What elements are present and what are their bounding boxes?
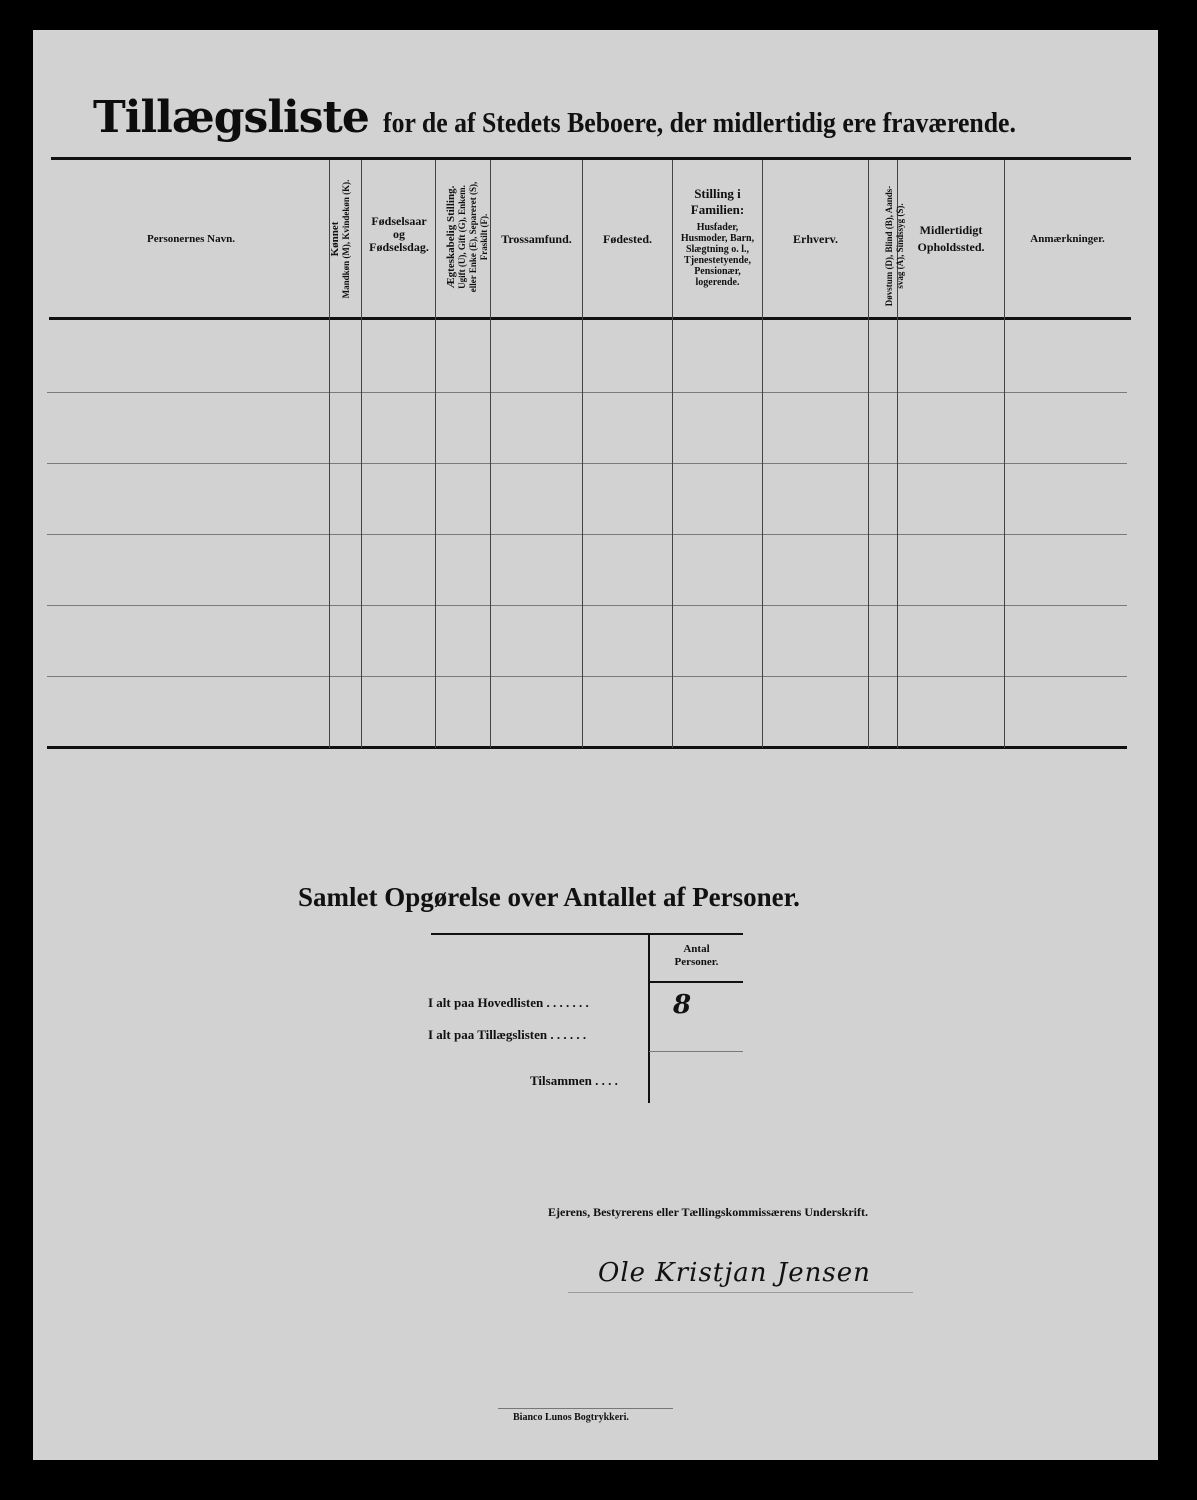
signature-handwritten: Ole Kristjan Jensen xyxy=(598,1258,871,1288)
header-foedested: Fødested. xyxy=(583,233,672,246)
header-koennet-title: Kønnet xyxy=(330,177,341,301)
header-ophold-line1: Midlertidigt xyxy=(898,222,1004,239)
header-koennet-detail: Mandkøn (M), Kvindekøn (K). xyxy=(341,177,352,301)
summary-title: Samlet Opgørelse over Antallet af Person… xyxy=(298,882,800,913)
summary-value-hovedlisten: 8 xyxy=(673,990,691,1020)
summary-count-header-line1: Antal xyxy=(650,943,743,956)
table-bottom-rule xyxy=(47,746,1127,749)
column-divider xyxy=(868,160,869,748)
row-divider xyxy=(47,534,1127,535)
table-top-rule xyxy=(51,157,1131,160)
column-divider xyxy=(582,160,583,748)
header-stilling-detail: Husfader, Husmoder, Barn, Slægtning o. l… xyxy=(673,222,762,288)
signature-caption: Ejerens, Bestyrerens eller Tællingskommi… xyxy=(548,1205,868,1220)
header-doevstum-line1: Døvstum (D), Blind (B), Aands- xyxy=(884,172,895,320)
signature-line xyxy=(568,1292,913,1293)
header-foedselsaar-line3: Fødselsdag. xyxy=(363,241,435,254)
header-stilling-line1: Stilling i xyxy=(673,186,762,202)
summary-label-tillaegslisten: I alt paa Tillægslisten . . . . . . xyxy=(428,1027,586,1043)
row-divider xyxy=(47,463,1127,464)
column-divider xyxy=(361,160,362,748)
header-anmaerkninger: Anmærkninger. xyxy=(1005,233,1130,246)
header-midlertidigt-opholdssted: Midlertidigt Opholdssted. xyxy=(898,222,1004,256)
form-subtitle-text: for de af Stedets Beboere, der midlertid… xyxy=(383,108,876,139)
printer-rule xyxy=(498,1408,673,1409)
form-title: Tillægsliste xyxy=(93,92,369,143)
header-bottom-rule xyxy=(49,317,1131,320)
column-divider xyxy=(1004,160,1005,748)
row-divider xyxy=(47,676,1127,677)
header-aegteskab-line3: eller Enke (E), Separeret (S), xyxy=(468,164,479,310)
summary-label-tilsammen: Tilsammen . . . . xyxy=(530,1073,618,1089)
summary-top-rule xyxy=(431,933,743,935)
header-aegteskab-line4: Fraskilt (F). xyxy=(479,164,490,310)
header-ophold-line2: Opholdssted. xyxy=(898,239,1004,256)
summary-count-header: Antal Personer. xyxy=(650,943,743,969)
header-foedselsaar: Fødselsaar og Fødselsdag. xyxy=(363,215,435,254)
printer-imprint: Bianco Lunos Bogtrykkeri. xyxy=(513,1412,629,1423)
header-erhverv: Erhverv. xyxy=(763,233,868,246)
form-subtitle-emphasis: fraværende. xyxy=(883,108,1016,139)
form-subtitle: for de af Stedets Beboere, der midlertid… xyxy=(383,108,1016,140)
header-stilling-i-familien: Stilling i Familien: Husfader, Husmoder,… xyxy=(673,186,762,288)
census-form-page: Tillægsliste for de af Stedets Beboere, … xyxy=(33,30,1158,1460)
column-divider xyxy=(762,160,763,748)
summary-count-header-rule xyxy=(649,981,743,983)
column-divider xyxy=(435,160,436,748)
summary-label-hovedlisten: I alt paa Hovedlisten . . . . . . . xyxy=(428,995,589,1011)
summary-count-header-line2: Personer. xyxy=(650,956,743,969)
header-trossamfund: Trossamfund. xyxy=(491,233,582,246)
row-divider xyxy=(47,392,1127,393)
header-koennet: Kønnet Mandkøn (M), Kvindekøn (K). xyxy=(330,177,360,301)
header-personernes-navn: Personernes Navn. xyxy=(53,233,329,246)
header-aegteskab-line2: Ugift (U), Gift (G), Enkem. xyxy=(457,164,468,310)
header-stilling-line2: Familien: xyxy=(673,202,762,218)
row-divider xyxy=(47,605,1127,606)
summary-row-divider xyxy=(649,1051,743,1052)
header-aegteskab-title: Ægteskabelig Stilling. xyxy=(446,164,457,310)
